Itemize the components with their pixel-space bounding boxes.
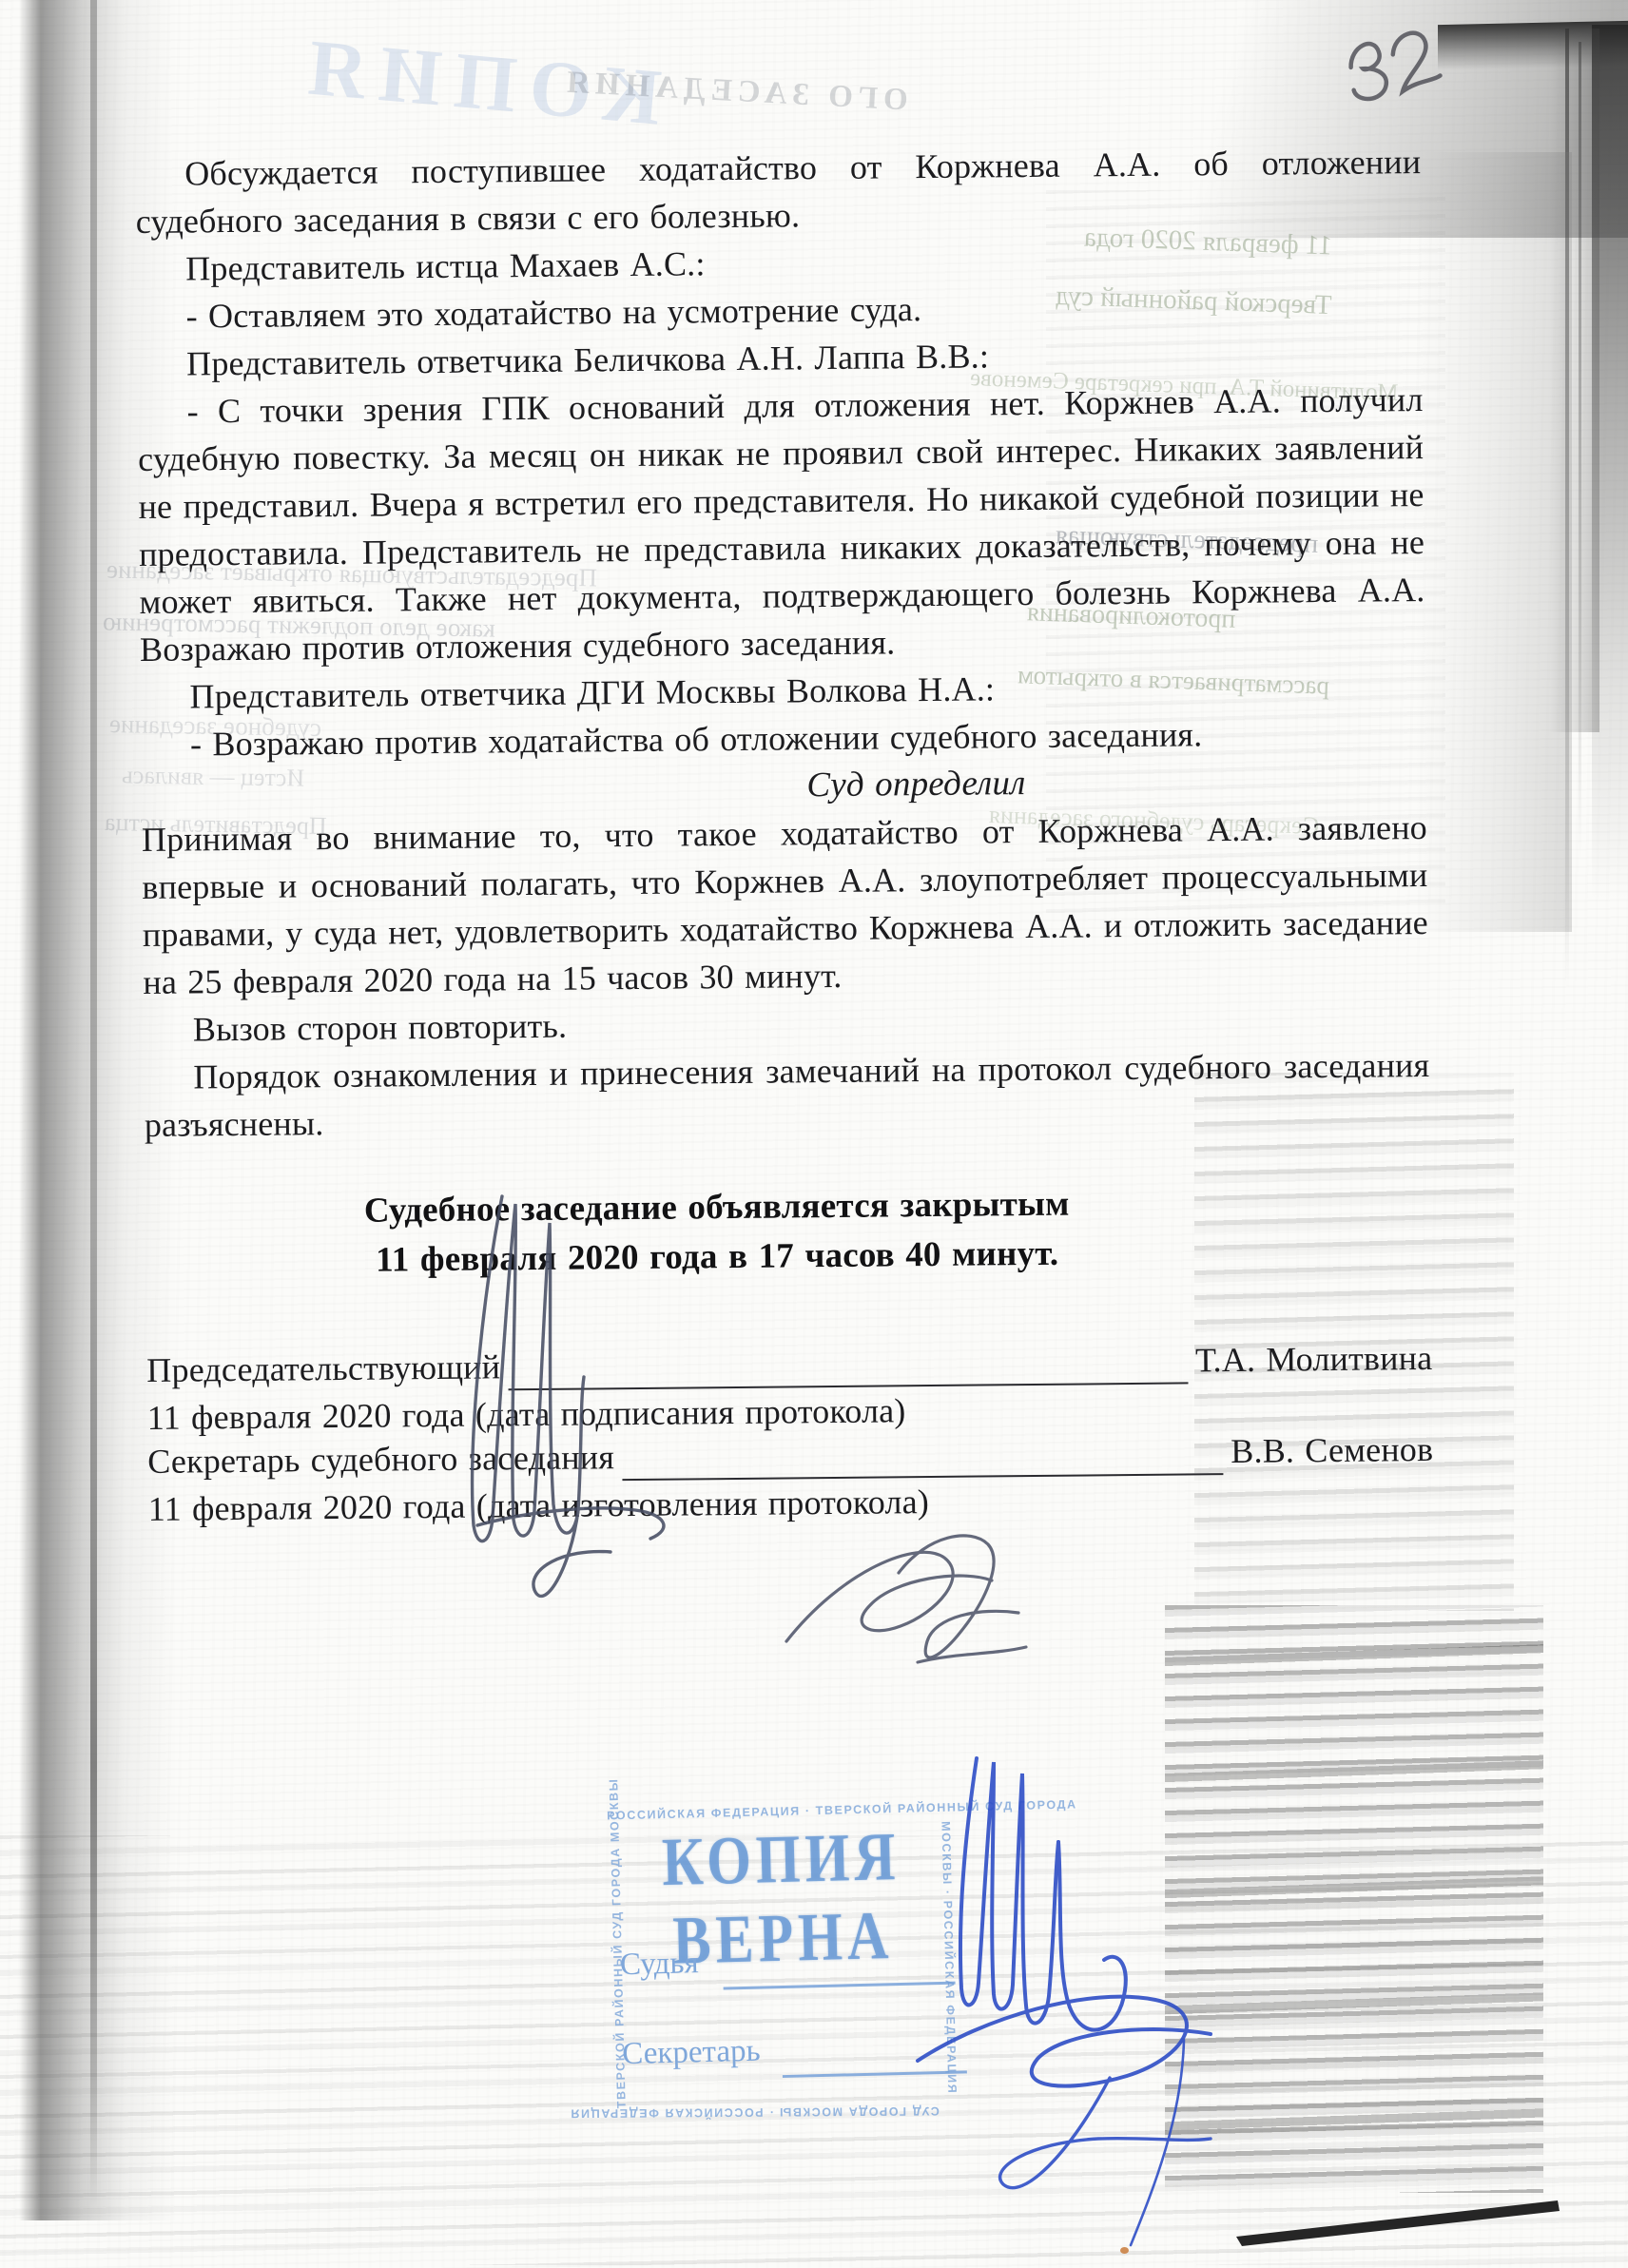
bottom-ink-speck	[1120, 2247, 1129, 2254]
copy-certification-stamp: РОССИЙСКАЯ ФЕДЕРАЦИЯ · ТВЕРСКОЙ РАЙОННЫЙ…	[593, 1800, 974, 2124]
secretary-signature	[775, 1520, 1041, 1691]
motion-paragraph: Обсуждается поступившее ходатайство от К…	[135, 138, 1422, 245]
bleed-protocol-title: ОГО ЗАСЕДАНИЯ	[560, 65, 908, 118]
stamp-border-bottom: СУД ГОРОДА МОСКВЫ · РОССИЙСКАЯ ФЕДЕРАЦИЯ	[635, 2104, 940, 2120]
signature-block: Председательствующий Т.А. Молитвина 11 ф…	[146, 1336, 1434, 1531]
closing-announcement: Судебное заседание объявляется закрытым …	[145, 1176, 1431, 1288]
closing-line-2: 11 февраля 2020 года в 17 часов 40 минут…	[145, 1227, 1289, 1288]
secretary-label: Секретарь судебного заседания	[147, 1433, 614, 1485]
bottom-black-scan-line	[1227, 2187, 1579, 2254]
presiding-name: Т.А. Молитвина	[1195, 1334, 1433, 1384]
stamp-judge-label: Судья	[620, 1946, 700, 1983]
bottom-right-toner-block	[1165, 1605, 1543, 2193]
secretary-signature-line	[622, 1435, 1224, 1481]
secretary-name: В.В. Семенов	[1231, 1425, 1433, 1475]
protocol-text-block: Обсуждается поступившее ходатайство от К…	[135, 138, 1434, 1531]
ruling-paragraph: Принимая во внимание то, что такое ходат…	[142, 804, 1429, 1006]
stamp-secretary-line	[783, 2070, 967, 2077]
defendant1-rep-statement: - С точки зрения ГПК оснований для отлож…	[137, 376, 1425, 673]
stamp-judge-line	[724, 1982, 956, 1989]
stamp-secretary-label: Секретарь	[622, 2034, 761, 2073]
remarks-paragraph: Порядок ознакомления и принесения замеча…	[144, 1041, 1430, 1149]
right-crease-line-2	[1579, 42, 1581, 860]
bleed-stamp-copy: КОПИЯ	[292, 20, 665, 144]
scanned-court-protocol-page: КОПИЯ ОГО ЗАСЕДАНИЯ 11 февраля 2020 года…	[0, 0, 1628, 2268]
presiding-signature-line	[508, 1344, 1188, 1390]
presiding-label: Председательствующий	[146, 1343, 500, 1394]
